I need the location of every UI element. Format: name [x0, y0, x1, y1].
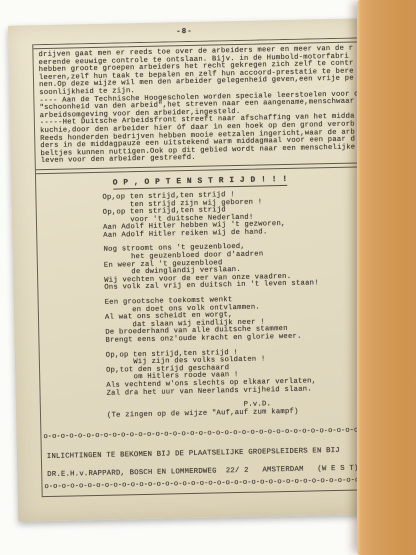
text-frame: drijven gaat men er reeds toe over de ar…: [32, 37, 370, 497]
poem-stanza-2: Nog stroomt ons 't geuzenbloed, het geuz…: [104, 242, 367, 293]
section-title-text: O P , O P T E N S T R I J D ! ! !: [113, 175, 288, 190]
poem-stanza-4: Op,op ten strijd,ten strijd ! Wij zijn d…: [106, 347, 369, 398]
poem-stanza-1: Op,op ten strijd,ten strijd ! ten strijd…: [102, 189, 365, 240]
booklet-cover-page: [357, 0, 416, 555]
poem-block: Op,op ten strijd,ten strijd ! ten strijd…: [102, 189, 369, 420]
document-page: -8- drijven gaat men er reeds toe over d…: [8, 18, 371, 521]
poem-stanza-3: Een grootsche toekomst wenkt en doet ons…: [105, 294, 368, 345]
photo-scene: -8- drijven gaat men er reeds toe over d…: [0, 0, 416, 555]
ooo-divider-top: o-o-o-o-o-o-o-o-o-o-o-o-o-o-o-o-o-o-o-o-…: [41, 428, 369, 442]
intro-paragraph: drijven gaat men er reeds toe over de ar…: [33, 42, 363, 166]
section-title: O P , O P T E N S T R I J D ! ! !: [36, 173, 364, 189]
